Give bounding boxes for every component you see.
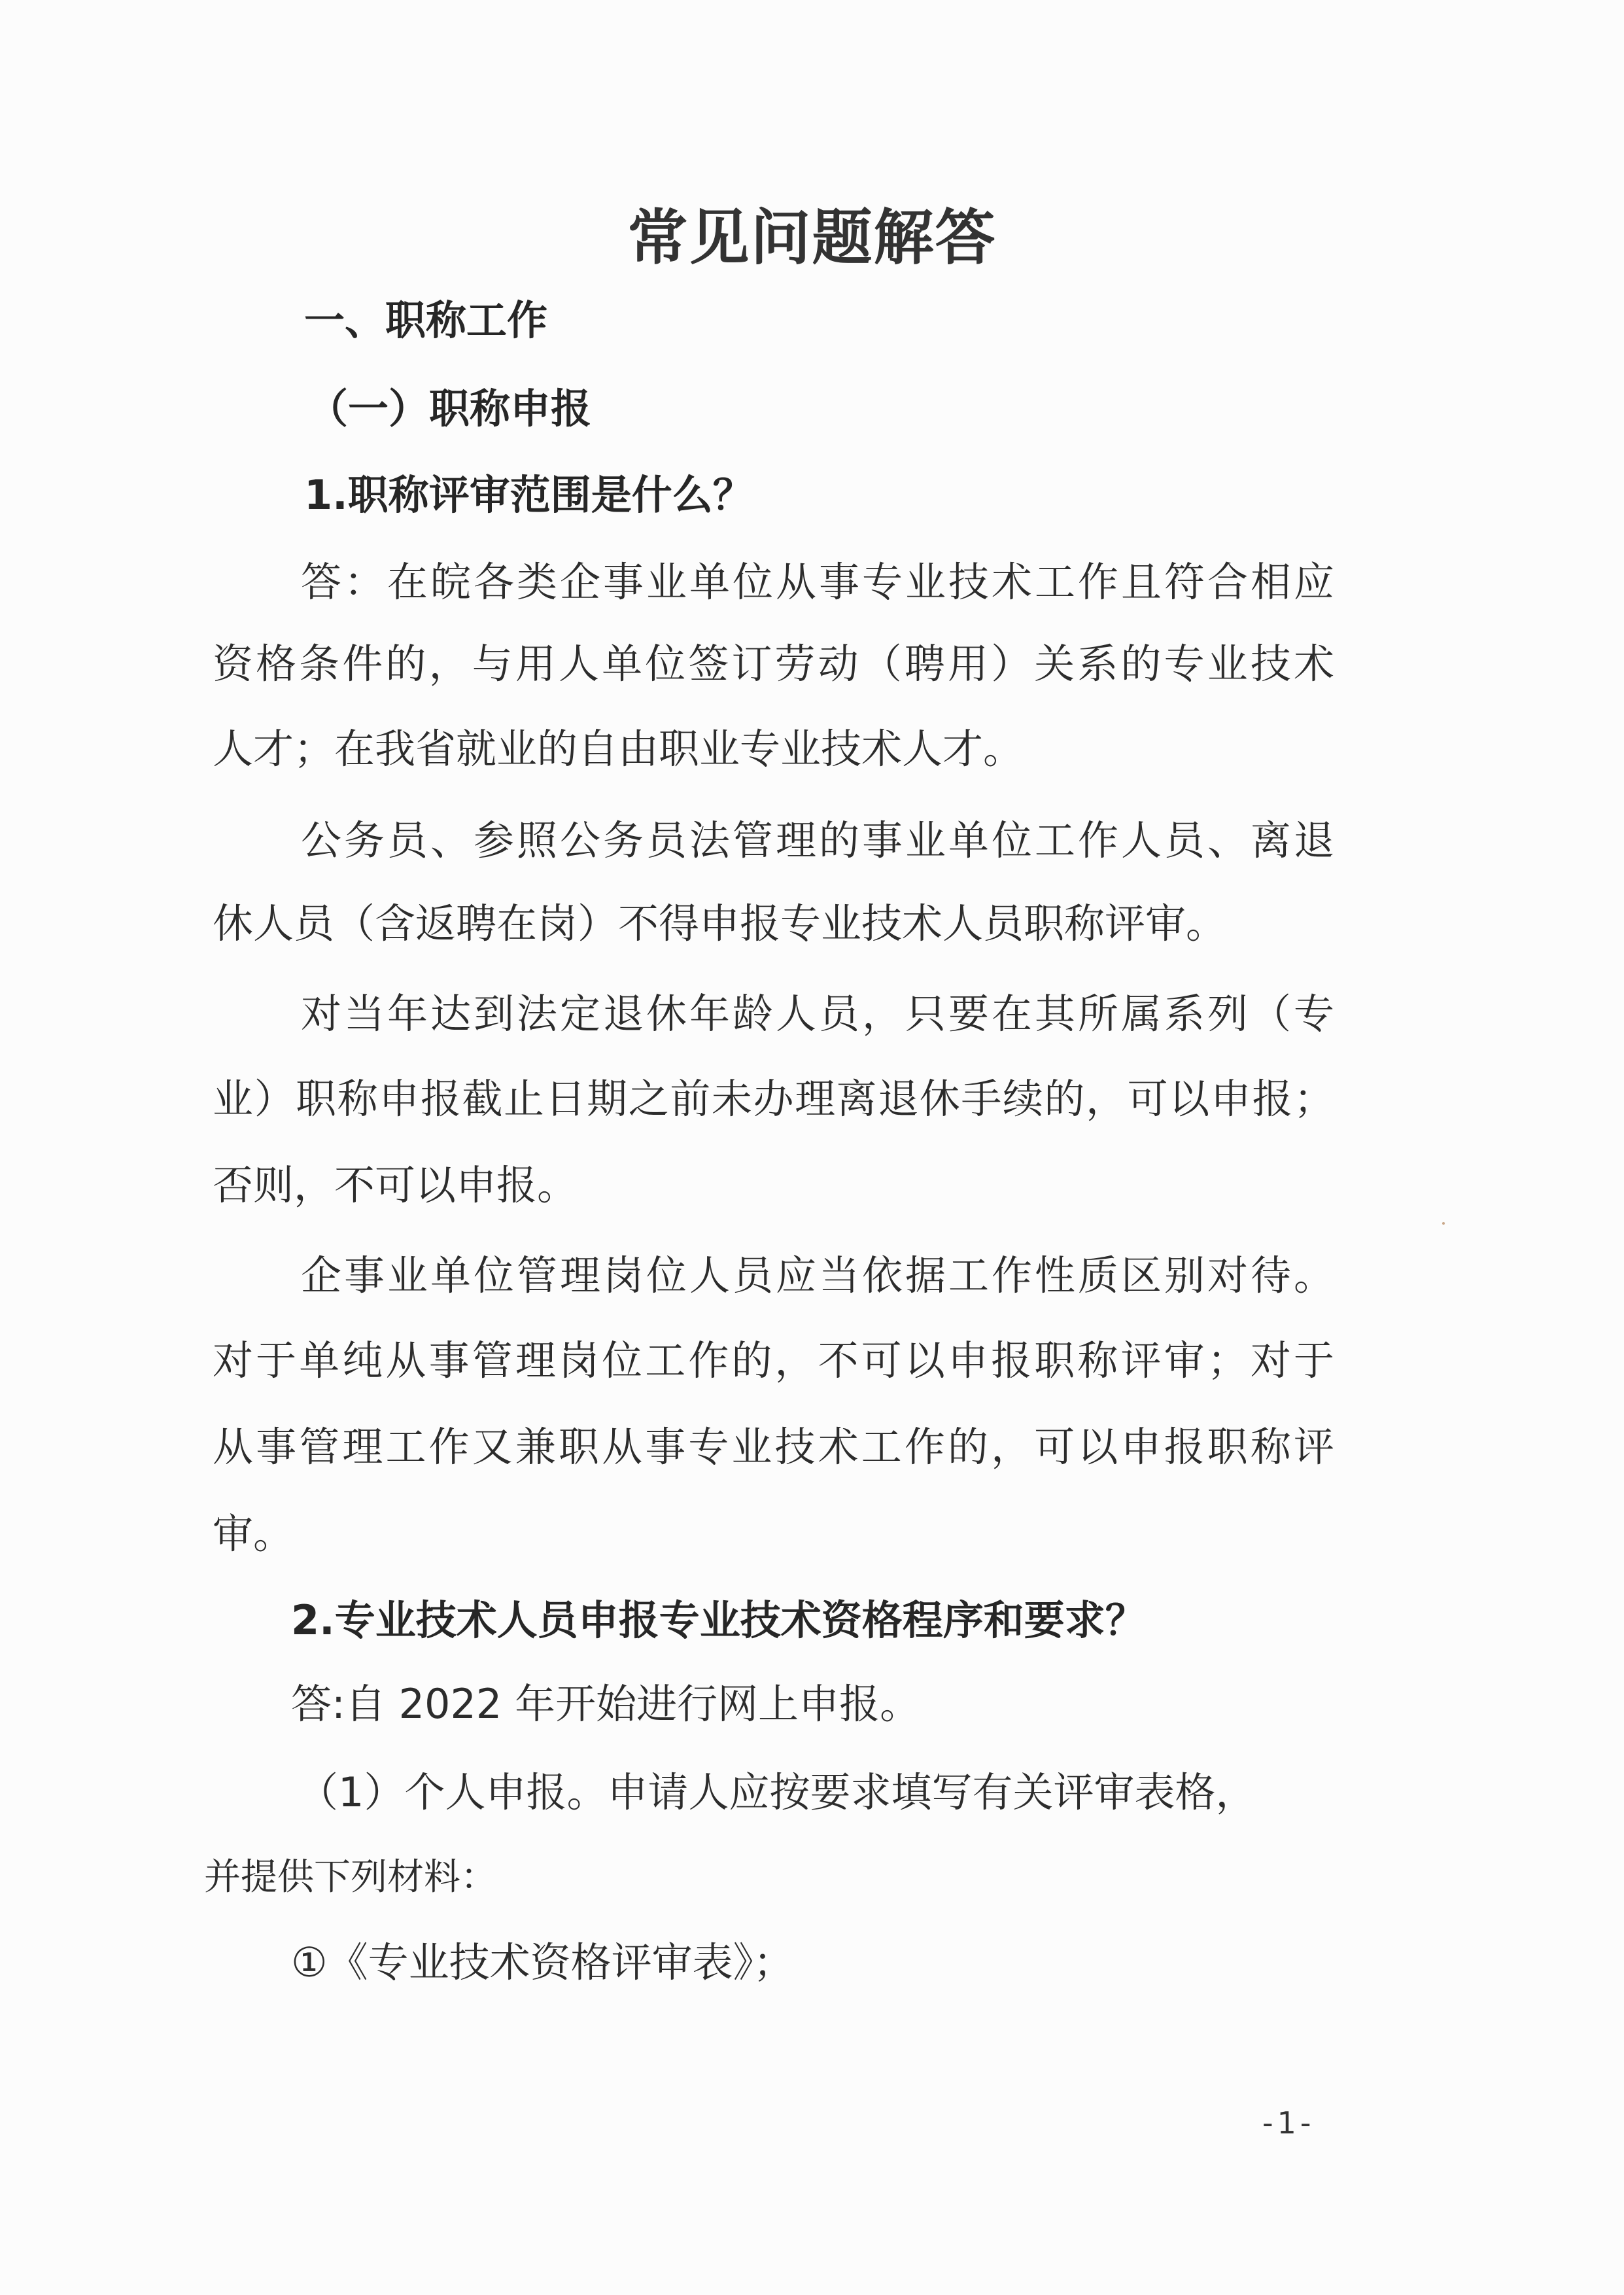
- section-heading-1: 一、职称工作: [304, 294, 547, 347]
- answer-1-para-4-line-3: 从事管理工作又兼职从事专业技术工作的，可以申报职称评: [213, 1421, 1334, 1473]
- answer-2-para-2-line-1: （1）个人申报。申请人应按要求填写有关评审表格，: [298, 1766, 1256, 1819]
- answer-2-para-2-line-2: 并提供下列材料：: [204, 1851, 497, 1904]
- answer-1-para-4-line-2: 对于单纯从事管理岗位工作的，不可以申报职称评审；对于: [213, 1335, 1334, 1387]
- question-2-title: 2.专业技术人员申报专业技术资格程序和要求？: [291, 1594, 1146, 1647]
- answer-1-para-1-line-3: 人才；在我省就业的自由职业专业技术人才。: [213, 723, 1024, 775]
- document-page: 常见问题解答 一、职称工作 （一）职称申报 1.职称评审范围是什么？ 答：在皖各…: [0, 0, 1624, 2295]
- answer-1-para-1-line-1: 答：在皖各类企事业单位从事专业技术工作且符合相应: [301, 556, 1334, 608]
- answer-1-para-3-line-3: 否则，不可以申报。: [213, 1159, 578, 1212]
- document-title: 常见问题解答: [0, 190, 1624, 276]
- answer-1-para-4-line-4: 审。: [213, 1508, 294, 1560]
- answer-2-para-3-line-1: ①《专业技术资格评审表》；: [291, 1936, 794, 1989]
- answer-1-para-1-line-2: 资格条件的，与用人单位签订劳动（聘用）关系的专业技术: [213, 638, 1334, 690]
- answer-2-para-1-line-1: 答:自 2022 年开始进行网上申报。: [291, 1678, 920, 1730]
- answer-1-para-4-line-1: 企事业单位管理岗位人员应当依据工作性质区别对待。: [301, 1250, 1334, 1302]
- question-1-title: 1.职称评审范围是什么？: [304, 469, 753, 521]
- subsection-heading-1: （一）职称申报: [307, 383, 591, 435]
- page-number: -1-: [1262, 2105, 1315, 2141]
- answer-1-para-3-line-2: 业）职称申报截止日期之前未办理离退休手续的，可以申报；: [213, 1073, 1334, 1125]
- scan-speck: [1442, 1222, 1445, 1225]
- answer-1-para-2-line-2: 休人员（含返聘在岗）不得申报专业技术人员职称评审。: [213, 898, 1226, 950]
- answer-1-para-2-line-1: 公务员、参照公务员法管理的事业单位工作人员、离退: [301, 815, 1334, 867]
- answer-1-para-3-line-1: 对当年达到法定退休年龄人员，只要在其所属系列（专: [301, 988, 1334, 1040]
